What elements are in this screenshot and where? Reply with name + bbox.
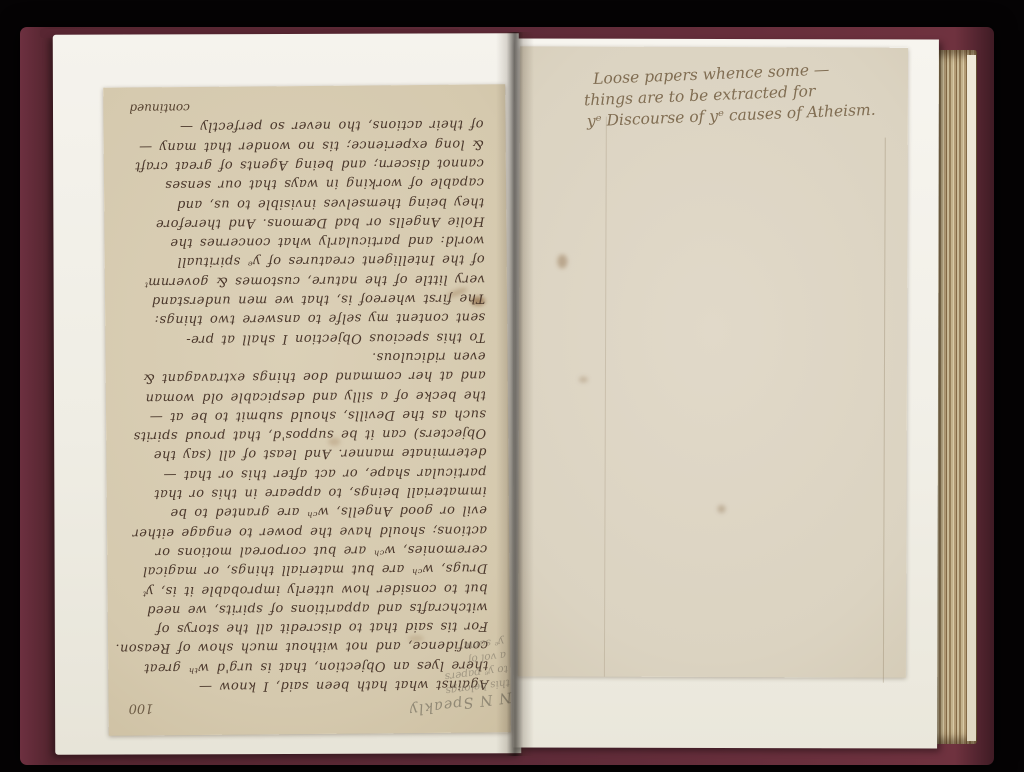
manuscript-line: and at her command doe things extravagan… — [122, 365, 486, 387]
photograph-of-open-manuscript: 100 Against what hath been said, I know … — [0, 0, 1024, 772]
inverted-text-block: 100 Against what hath been said, I know … — [103, 84, 511, 735]
left-manuscript-leaf: 100 Against what hath been said, I know … — [103, 84, 511, 735]
manuscript-line: witchcrafts and apparitions of spirits, … — [124, 597, 488, 619]
manuscript-line: of their actions, tho never so perfectly… — [119, 115, 483, 137]
stain — [717, 505, 725, 513]
manuscript-line: ceremonies, wᶜʰ are but corporeal motion… — [123, 539, 487, 561]
pencil-annotation: N N Speakly this belongs to yᵉ papers a … — [394, 634, 512, 718]
manuscript-line: & long experience; tis no wonder that ma… — [120, 134, 484, 156]
loose-papers-inscription: Loose papers whence some — things are to… — [583, 57, 897, 132]
manuscript-line: Drugs, wᶜʰ are but materiall things, or … — [123, 558, 487, 580]
manuscript-line: sent content my selfe to answere two thi… — [121, 308, 485, 330]
manuscript-line: particular shape, or act after this or t… — [122, 462, 486, 484]
manuscript-line: cannot discern; and being Agents of grea… — [120, 153, 484, 175]
manuscript-line: such as the Devills, should submit to be… — [122, 404, 486, 426]
manuscript-line: even ridiculous. — [121, 346, 485, 368]
manuscript-line: very little of the nature, customes & go… — [121, 269, 485, 291]
right-fore-edge-flyleaf — [967, 55, 976, 741]
manuscript-line: Objecters) can it be suppos'd, that prou… — [122, 423, 486, 445]
manuscript-text: Against what hath been said, I know — th… — [103, 114, 510, 700]
gutter-shadow — [496, 32, 534, 756]
stain — [557, 254, 567, 268]
stain — [579, 377, 588, 383]
right-manuscript-leaf: Loose papers whence some — things are to… — [518, 46, 908, 677]
manuscript-line: but to consider how utterly improbable i… — [123, 578, 487, 600]
manuscript-line: of the Intelligent creatures of yᵉ spiri… — [121, 250, 485, 272]
manuscript-line: world: and particularly what concernes t… — [120, 230, 484, 252]
manuscript-line: evil or good Angells, wᶜʰ are granted to… — [123, 500, 487, 522]
manuscript-line: To this specious Objection I shall at pr… — [121, 327, 485, 349]
manuscript-line: For tis said that to discredit all the s… — [124, 616, 488, 638]
manuscript-line: Holie Angells or bad Dæmons. And therefo… — [120, 211, 484, 233]
manuscript-line: determinate manner. And least of all (sa… — [122, 443, 486, 465]
manuscript-line: they being themselves invisible to us, a… — [120, 192, 484, 214]
manuscript-line: immateriall beings, to appeare in this o… — [123, 481, 487, 503]
manuscript-line: the becke of a silly and despicable old … — [122, 385, 486, 407]
crease-line — [604, 117, 607, 677]
manuscript-line: capable of working in ways that our sens… — [120, 172, 484, 194]
crease-line — [883, 138, 886, 683]
manuscript-line: The first whereof is, that we men unders… — [121, 288, 485, 310]
manuscript-line: actions; should have the power to engage… — [123, 520, 487, 542]
